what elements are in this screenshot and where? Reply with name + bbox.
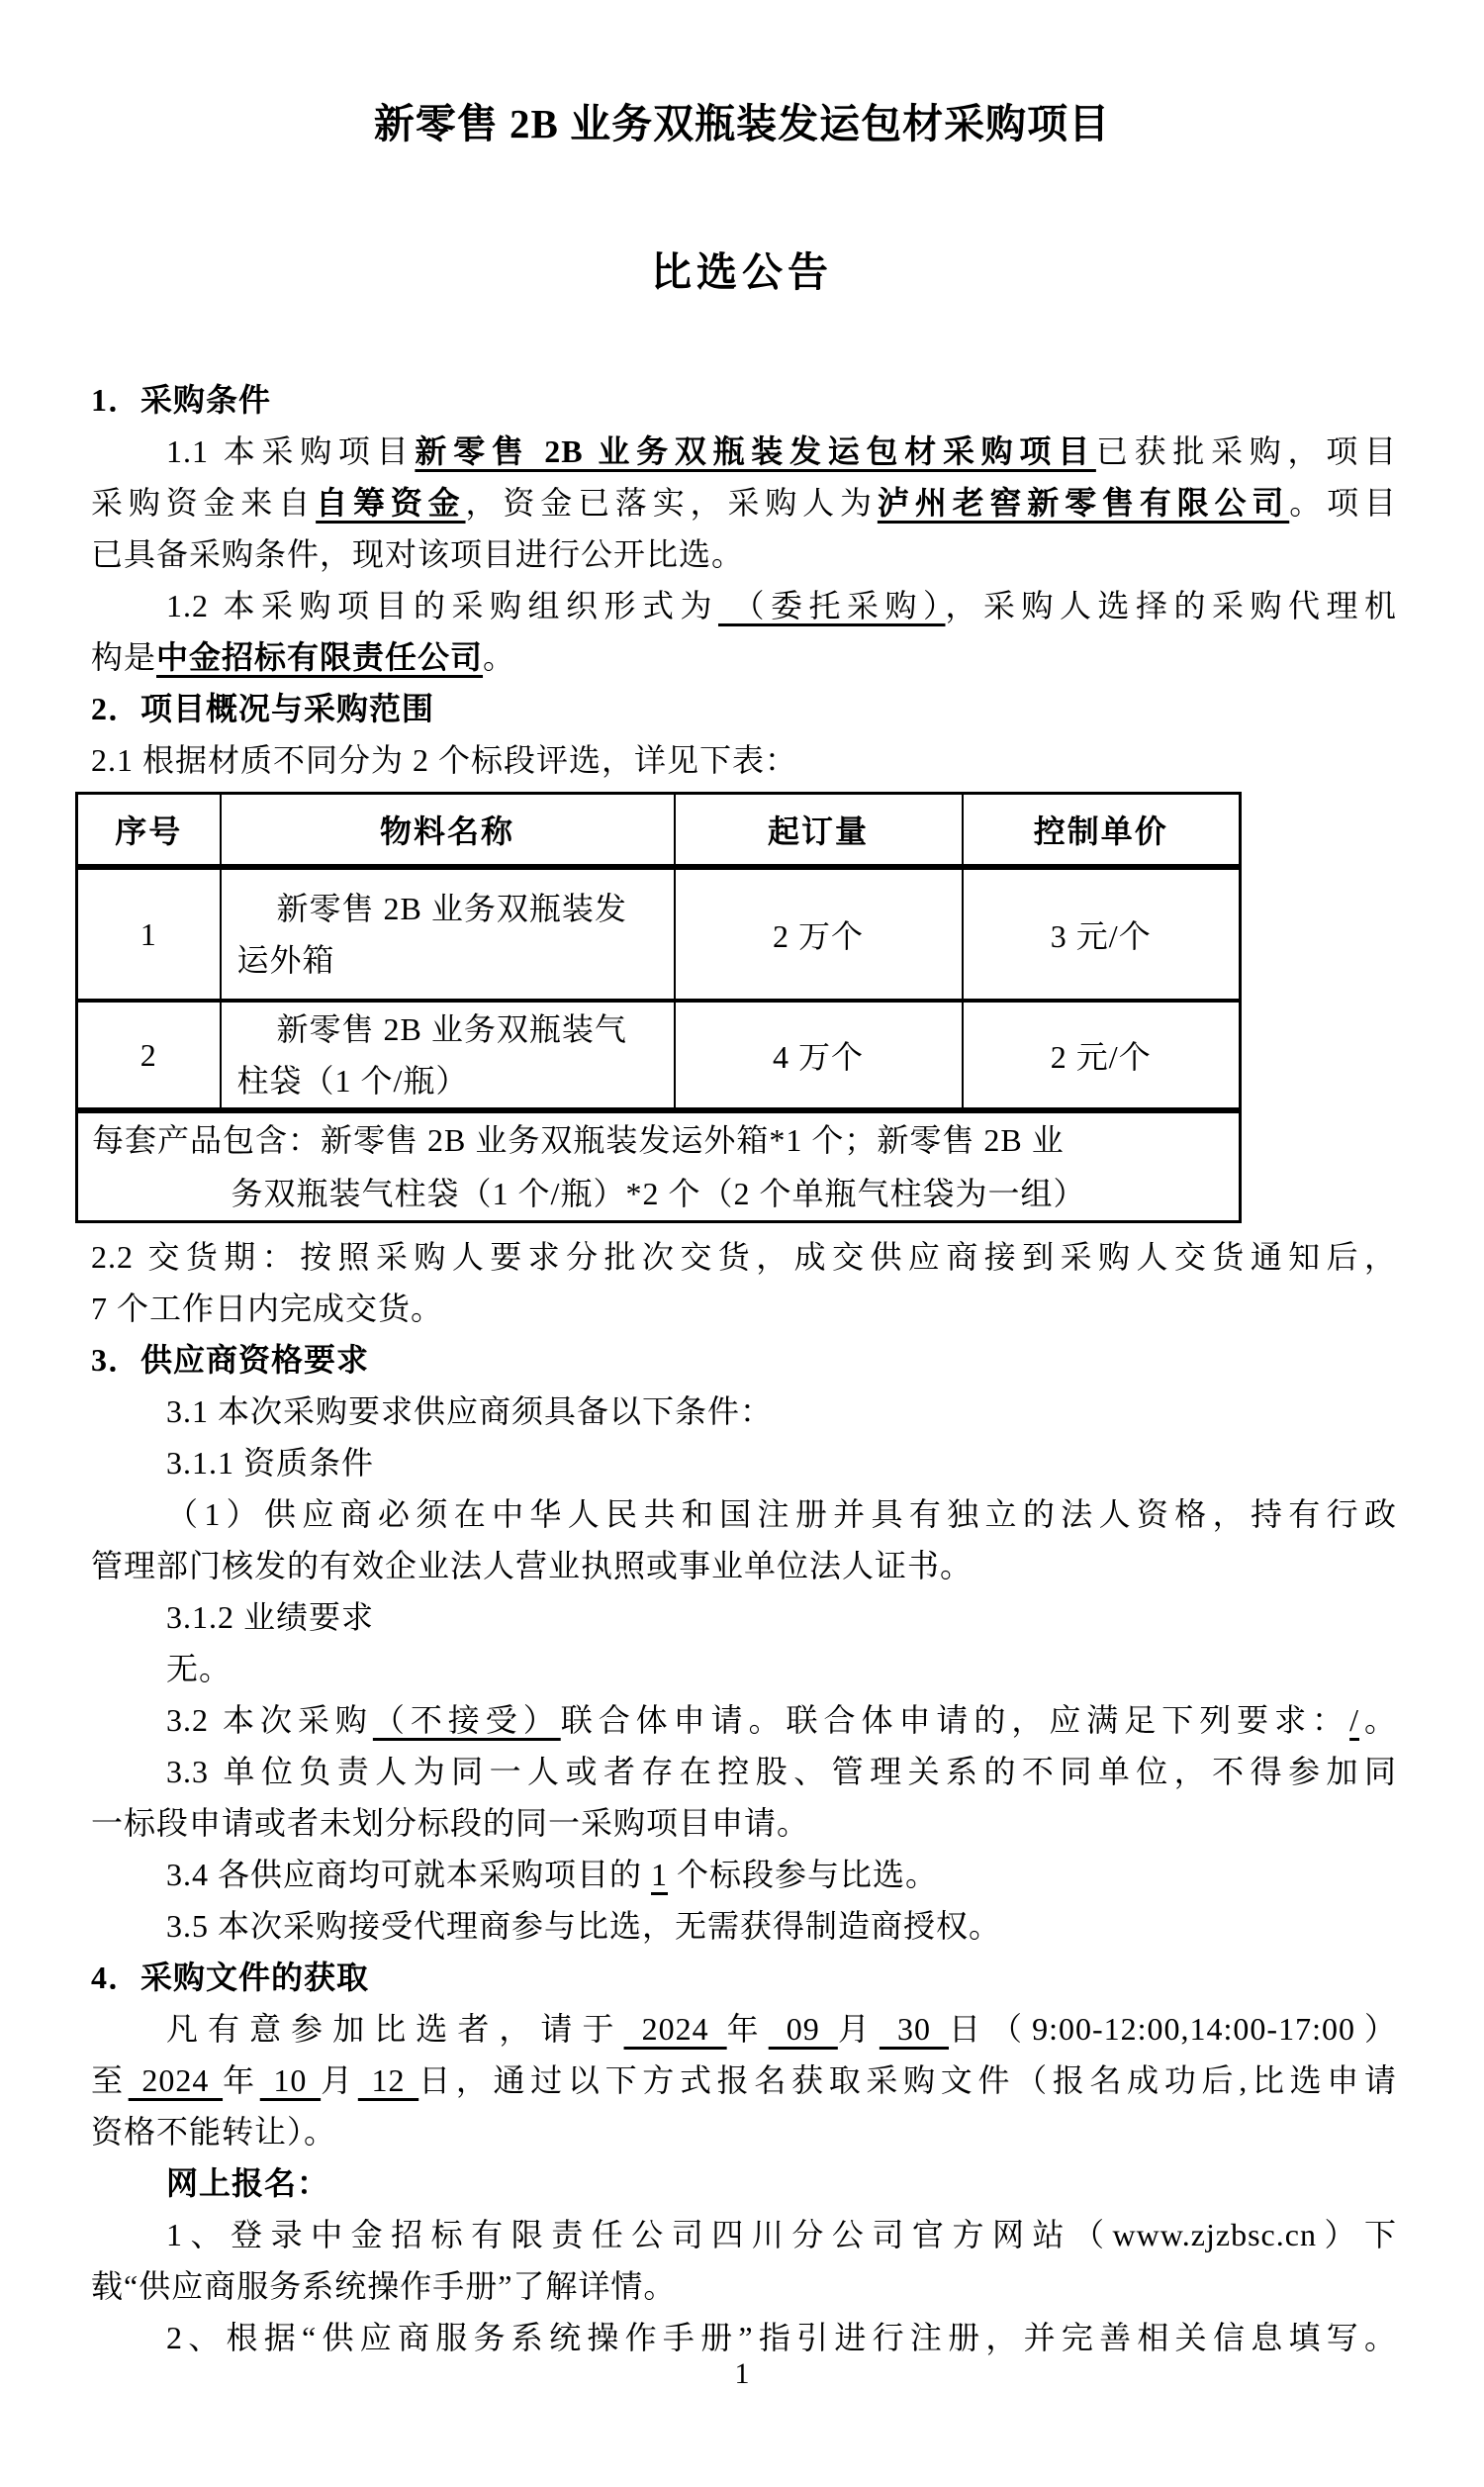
text-run: 1．采购条件 bbox=[91, 382, 271, 418]
text-line: 已具备采购条件，现对该项目进行公开比选。 bbox=[91, 528, 1397, 580]
cell-seq: 1 bbox=[77, 867, 221, 1001]
header-cell-material: 物料名称 bbox=[221, 794, 675, 868]
cell-material: 新零售 2B 业务双瓶装发 运外箱 bbox=[221, 867, 675, 1001]
text-run: ，采购人选择的采购代理机 bbox=[945, 588, 1397, 623]
text-line: 一标段申请或者未划分标段的同一采购项目申请。 bbox=[91, 1797, 1397, 1849]
text-line: 3.2 本次采购（不接受）联合体申请。联合体申请的，应满足下列要求：/。 bbox=[91, 1694, 1397, 1746]
text-run: 年 bbox=[223, 2062, 260, 2098]
text-run: 网上报名： bbox=[166, 2165, 329, 2201]
text-run: 3.5 本次采购接受代理商参与比选，无需获得制造商授权。 bbox=[166, 1908, 1001, 1944]
text-run: 1 bbox=[651, 1857, 668, 1892]
doc-body: 1．采购条件1.1 本采购项目新零售 2B 业务双瓶装发运包材采购项目已获批采购… bbox=[91, 374, 1397, 2363]
cell-moq: 4 万个 bbox=[675, 1001, 963, 1110]
text-run: 构是 bbox=[91, 639, 156, 675]
text-run: 10 bbox=[260, 2062, 321, 2098]
text-run: 资格不能转让）。 bbox=[91, 2114, 336, 2150]
text-run: 2024 bbox=[129, 2062, 223, 2098]
text-line: 3.4 各供应商均可就本采购项目的 1 个标段参与比选。 bbox=[91, 1849, 1397, 1900]
text-run: 至 bbox=[91, 2062, 129, 2098]
cell-material-line: 新零售 2B 业务双瓶装发 bbox=[237, 883, 673, 934]
text-line: （1）供应商必须在中华人民共和国注册并具有独立的法人资格，持有行政 bbox=[91, 1488, 1397, 1540]
text-run: 泸州老窖新零售有限公司 bbox=[878, 485, 1289, 521]
section-heading: 2．项目概况与采购范围 bbox=[91, 683, 1397, 734]
text-run: 月 bbox=[838, 2011, 880, 2047]
cell-price: 2 元/个 bbox=[963, 1001, 1241, 1110]
cell-material: 新零售 2B 业务双瓶装气 柱袋（1 个/瓶） bbox=[221, 1001, 675, 1110]
text-run: 09 bbox=[769, 2011, 838, 2047]
text-line: 管理部门核发的有效企业法人营业执照或事业单位法人证书。 bbox=[91, 1540, 1397, 1591]
table-row: 1 新零售 2B 业务双瓶装发 运外箱 2 万个 3 元/个 bbox=[77, 867, 1241, 1001]
doc-subtitle: 比选公告 bbox=[0, 247, 1484, 297]
page-number: 1 bbox=[0, 2357, 1484, 2391]
text-run: （委托采购） bbox=[718, 588, 946, 623]
header-cell-price: 控制单价 bbox=[963, 794, 1241, 868]
text-run: 3.4 各供应商均可就本采购项目的 bbox=[166, 1857, 651, 1892]
section-heading: 1．采购条件 bbox=[91, 374, 1397, 426]
text-run: 3.2 本次采购 bbox=[166, 1702, 373, 1738]
cell-moq: 2 万个 bbox=[675, 867, 963, 1001]
text-run: 中金招标有限责任公司 bbox=[156, 639, 483, 675]
text-line: 7 个工作日内完成交货。 bbox=[91, 1283, 1397, 1334]
text-line: 3.5 本次采购接受代理商参与比选，无需获得制造商授权。 bbox=[91, 1900, 1397, 1952]
text-run: 已获批采购，项目 bbox=[1096, 433, 1397, 469]
cell-material-line: 运外箱 bbox=[237, 934, 673, 986]
text-run: 个标段参与比选。 bbox=[668, 1857, 938, 1892]
body-lines-after-table: 2.2 交货期：按照采购人要求分批次交货，成交供应商接到采购人交货通知后，7 个… bbox=[91, 1231, 1397, 2363]
cell-seq: 2 bbox=[77, 1001, 221, 1110]
section-heading: 4．采购文件的获取 bbox=[91, 1952, 1397, 2003]
text-run: 管理部门核发的有效企业法人营业执照或事业单位法人证书。 bbox=[91, 1548, 973, 1583]
text-run: 3.1.2 业绩要求 bbox=[166, 1599, 374, 1635]
table-header-row: 序号 物料名称 起订量 控制单价 bbox=[77, 794, 1241, 868]
text-line: 资格不能转让）。 bbox=[91, 2106, 1397, 2157]
text-run: 2、根据“供应商服务系统操作手册”指引进行注册，并完善相关信息填写。 bbox=[166, 2320, 1397, 2355]
text-line: 采购资金来自自筹资金，资金已落实，采购人为泸州老窖新零售有限公司。项目 bbox=[91, 477, 1397, 528]
text-run: 7 个工作日内完成交货。 bbox=[91, 1291, 443, 1326]
text-run: 凡有意参加比选者，请于 bbox=[166, 2011, 624, 2047]
text-run: / bbox=[1349, 1702, 1359, 1738]
text-run: （1）供应商必须在中华人民共和国注册并具有独立的法人资格，持有行政 bbox=[166, 1496, 1397, 1532]
table-row: 2 新零售 2B 业务双瓶装气 柱袋（1 个/瓶） 4 万个 2 元/个 bbox=[77, 1001, 1241, 1110]
text-line: 3.1.1 资质条件 bbox=[91, 1437, 1397, 1488]
cell-set-description: 每套产品包含：新零售 2B 业务双瓶装发运外箱*1 个；新零售 2B 业 务双瓶… bbox=[77, 1110, 1241, 1222]
text-run: 1.1 本采购项目 bbox=[166, 433, 415, 469]
text-line: 1.1 本采购项目新零售 2B 业务双瓶装发运包材采购项目已获批采购，项目 bbox=[91, 426, 1397, 477]
text-run: 2024 bbox=[624, 2011, 727, 2047]
set-description-line: 务双瓶装气柱袋（1 个/瓶）*2 个（2 个单瓶气柱袋为一组） bbox=[92, 1167, 1225, 1220]
text-line: 无。 bbox=[91, 1643, 1397, 1694]
text-line: 2.2 交货期：按照采购人要求分批次交货，成交供应商接到采购人交货通知后， bbox=[91, 1231, 1397, 1283]
text-line: 凡有意参加比选者，请于 2024 年 09 月 30 日（9:00-12:00,… bbox=[91, 2003, 1397, 2055]
text-run: 日（9:00-12:00,14:00-17:00） bbox=[949, 2011, 1397, 2047]
text-line: 构是中金招标有限责任公司。 bbox=[91, 631, 1397, 683]
text-run: 已具备采购条件，现对该项目进行公开比选。 bbox=[91, 536, 744, 572]
text-run: 2．项目概况与采购范围 bbox=[91, 691, 434, 726]
text-run: 12 bbox=[358, 2062, 418, 2098]
text-run: 。 bbox=[1359, 1702, 1397, 1738]
text-line: 载“供应商服务系统操作手册”了解详情。 bbox=[91, 2260, 1397, 2312]
text-line: 1.2 本采购项目的采购组织形式为 （委托采购），采购人选择的采购代理机 bbox=[91, 580, 1397, 631]
text-line: 3.3 单位负责人为同一人或者存在控股、管理关系的不同单位，不得参加同 bbox=[91, 1746, 1397, 1797]
document-page: 新零售 2B 业务双瓶装发运包材采购项目 比选公告 1．采购条件1.1 本采购项… bbox=[0, 0, 1484, 2487]
text-run: 新零售 2B 业务双瓶装发运包材采购项目 bbox=[415, 433, 1095, 469]
text-run: 4．采购文件的获取 bbox=[91, 1960, 369, 1995]
text-line: 3.1.2 业绩要求 bbox=[91, 1591, 1397, 1643]
text-run: 采购资金来自 bbox=[91, 485, 316, 521]
text-run: 联合体申请。联合体申请的，应满足下列要求： bbox=[561, 1702, 1349, 1738]
header-cell-moq: 起订量 bbox=[675, 794, 963, 868]
text-run: 。 bbox=[483, 639, 515, 675]
text-run: 自筹资金 bbox=[316, 485, 465, 521]
text-run: 年 bbox=[727, 2011, 769, 2047]
text-run: 无。 bbox=[166, 1651, 232, 1686]
text-run: 3.1.1 资质条件 bbox=[166, 1445, 374, 1481]
body-lines-before-table: 1．采购条件1.1 本采购项目新零售 2B 业务双瓶装发运包材采购项目已获批采购… bbox=[91, 374, 1397, 786]
text-run: 2.2 交货期：按照采购人要求分批次交货，成交供应商接到采购人交货通知后， bbox=[91, 1239, 1397, 1275]
header-cell-seq: 序号 bbox=[77, 794, 221, 868]
text-run: 3．供应商资格要求 bbox=[91, 1342, 369, 1378]
text-run: 2.1 根据材质不同分为 2 个标段评选，详见下表： bbox=[91, 742, 797, 778]
text-run: 3.1 本次采购要求供应商须具备以下条件： bbox=[166, 1393, 773, 1429]
text-line: 3.1 本次采购要求供应商须具备以下条件： bbox=[91, 1386, 1397, 1437]
text-line: 2、根据“供应商服务系统操作手册”指引进行注册，并完善相关信息填写。 bbox=[91, 2312, 1397, 2363]
cell-material-line: 柱袋（1 个/瓶） bbox=[237, 1055, 673, 1106]
text-line: 1、登录中金招标有限责任公司四川分公司官方网站（www.zjzbsc.cn）下 bbox=[91, 2209, 1397, 2260]
text-run: 载“供应商服务系统操作手册”了解详情。 bbox=[91, 2268, 676, 2304]
text-line: 2.1 根据材质不同分为 2 个标段评选，详见下表： bbox=[91, 734, 1397, 786]
text-run: （不接受） bbox=[373, 1702, 561, 1738]
text-run: 1、登录中金招标有限责任公司四川分公司官方网站（www.zjzbsc.cn）下 bbox=[166, 2217, 1397, 2252]
section-heading: 3．供应商资格要求 bbox=[91, 1334, 1397, 1386]
text-run: ，资金已落实，采购人为 bbox=[466, 485, 878, 521]
text-line: 网上报名： bbox=[91, 2157, 1397, 2209]
doc-title: 新零售 2B 业务双瓶装发运包材采购项目 bbox=[0, 0, 1484, 148]
materials-table: 序号 物料名称 起订量 控制单价 1 新零售 2B 业务双瓶装发 运外箱 2 万… bbox=[75, 792, 1242, 1223]
text-run: 3.3 单位负责人为同一人或者存在控股、管理关系的不同单位，不得参加同 bbox=[166, 1754, 1397, 1789]
text-run: 30 bbox=[880, 2011, 949, 2047]
table-footer-row: 每套产品包含：新零售 2B 业务双瓶装发运外箱*1 个；新零售 2B 业 务双瓶… bbox=[77, 1110, 1241, 1222]
set-description-line: 每套产品包含：新零售 2B 业务双瓶装发运外箱*1 个；新零售 2B 业 bbox=[92, 1113, 1225, 1167]
text-line: 至 2024 年 10 月 12 日，通过以下方式报名获取采购文件（报名成功后,… bbox=[91, 2055, 1397, 2106]
text-run: 1.2 本采购项目的采购组织形式为 bbox=[166, 588, 718, 623]
cell-material-line: 新零售 2B 业务双瓶装气 bbox=[237, 1004, 673, 1055]
text-run: 。项目 bbox=[1289, 485, 1397, 521]
cell-price: 3 元/个 bbox=[963, 867, 1241, 1001]
text-run: 一标段申请或者未划分标段的同一采购项目申请。 bbox=[91, 1805, 809, 1841]
text-run: 日，通过以下方式报名获取采购文件（报名成功后,比选申请 bbox=[418, 2062, 1397, 2098]
text-run: 月 bbox=[321, 2062, 358, 2098]
